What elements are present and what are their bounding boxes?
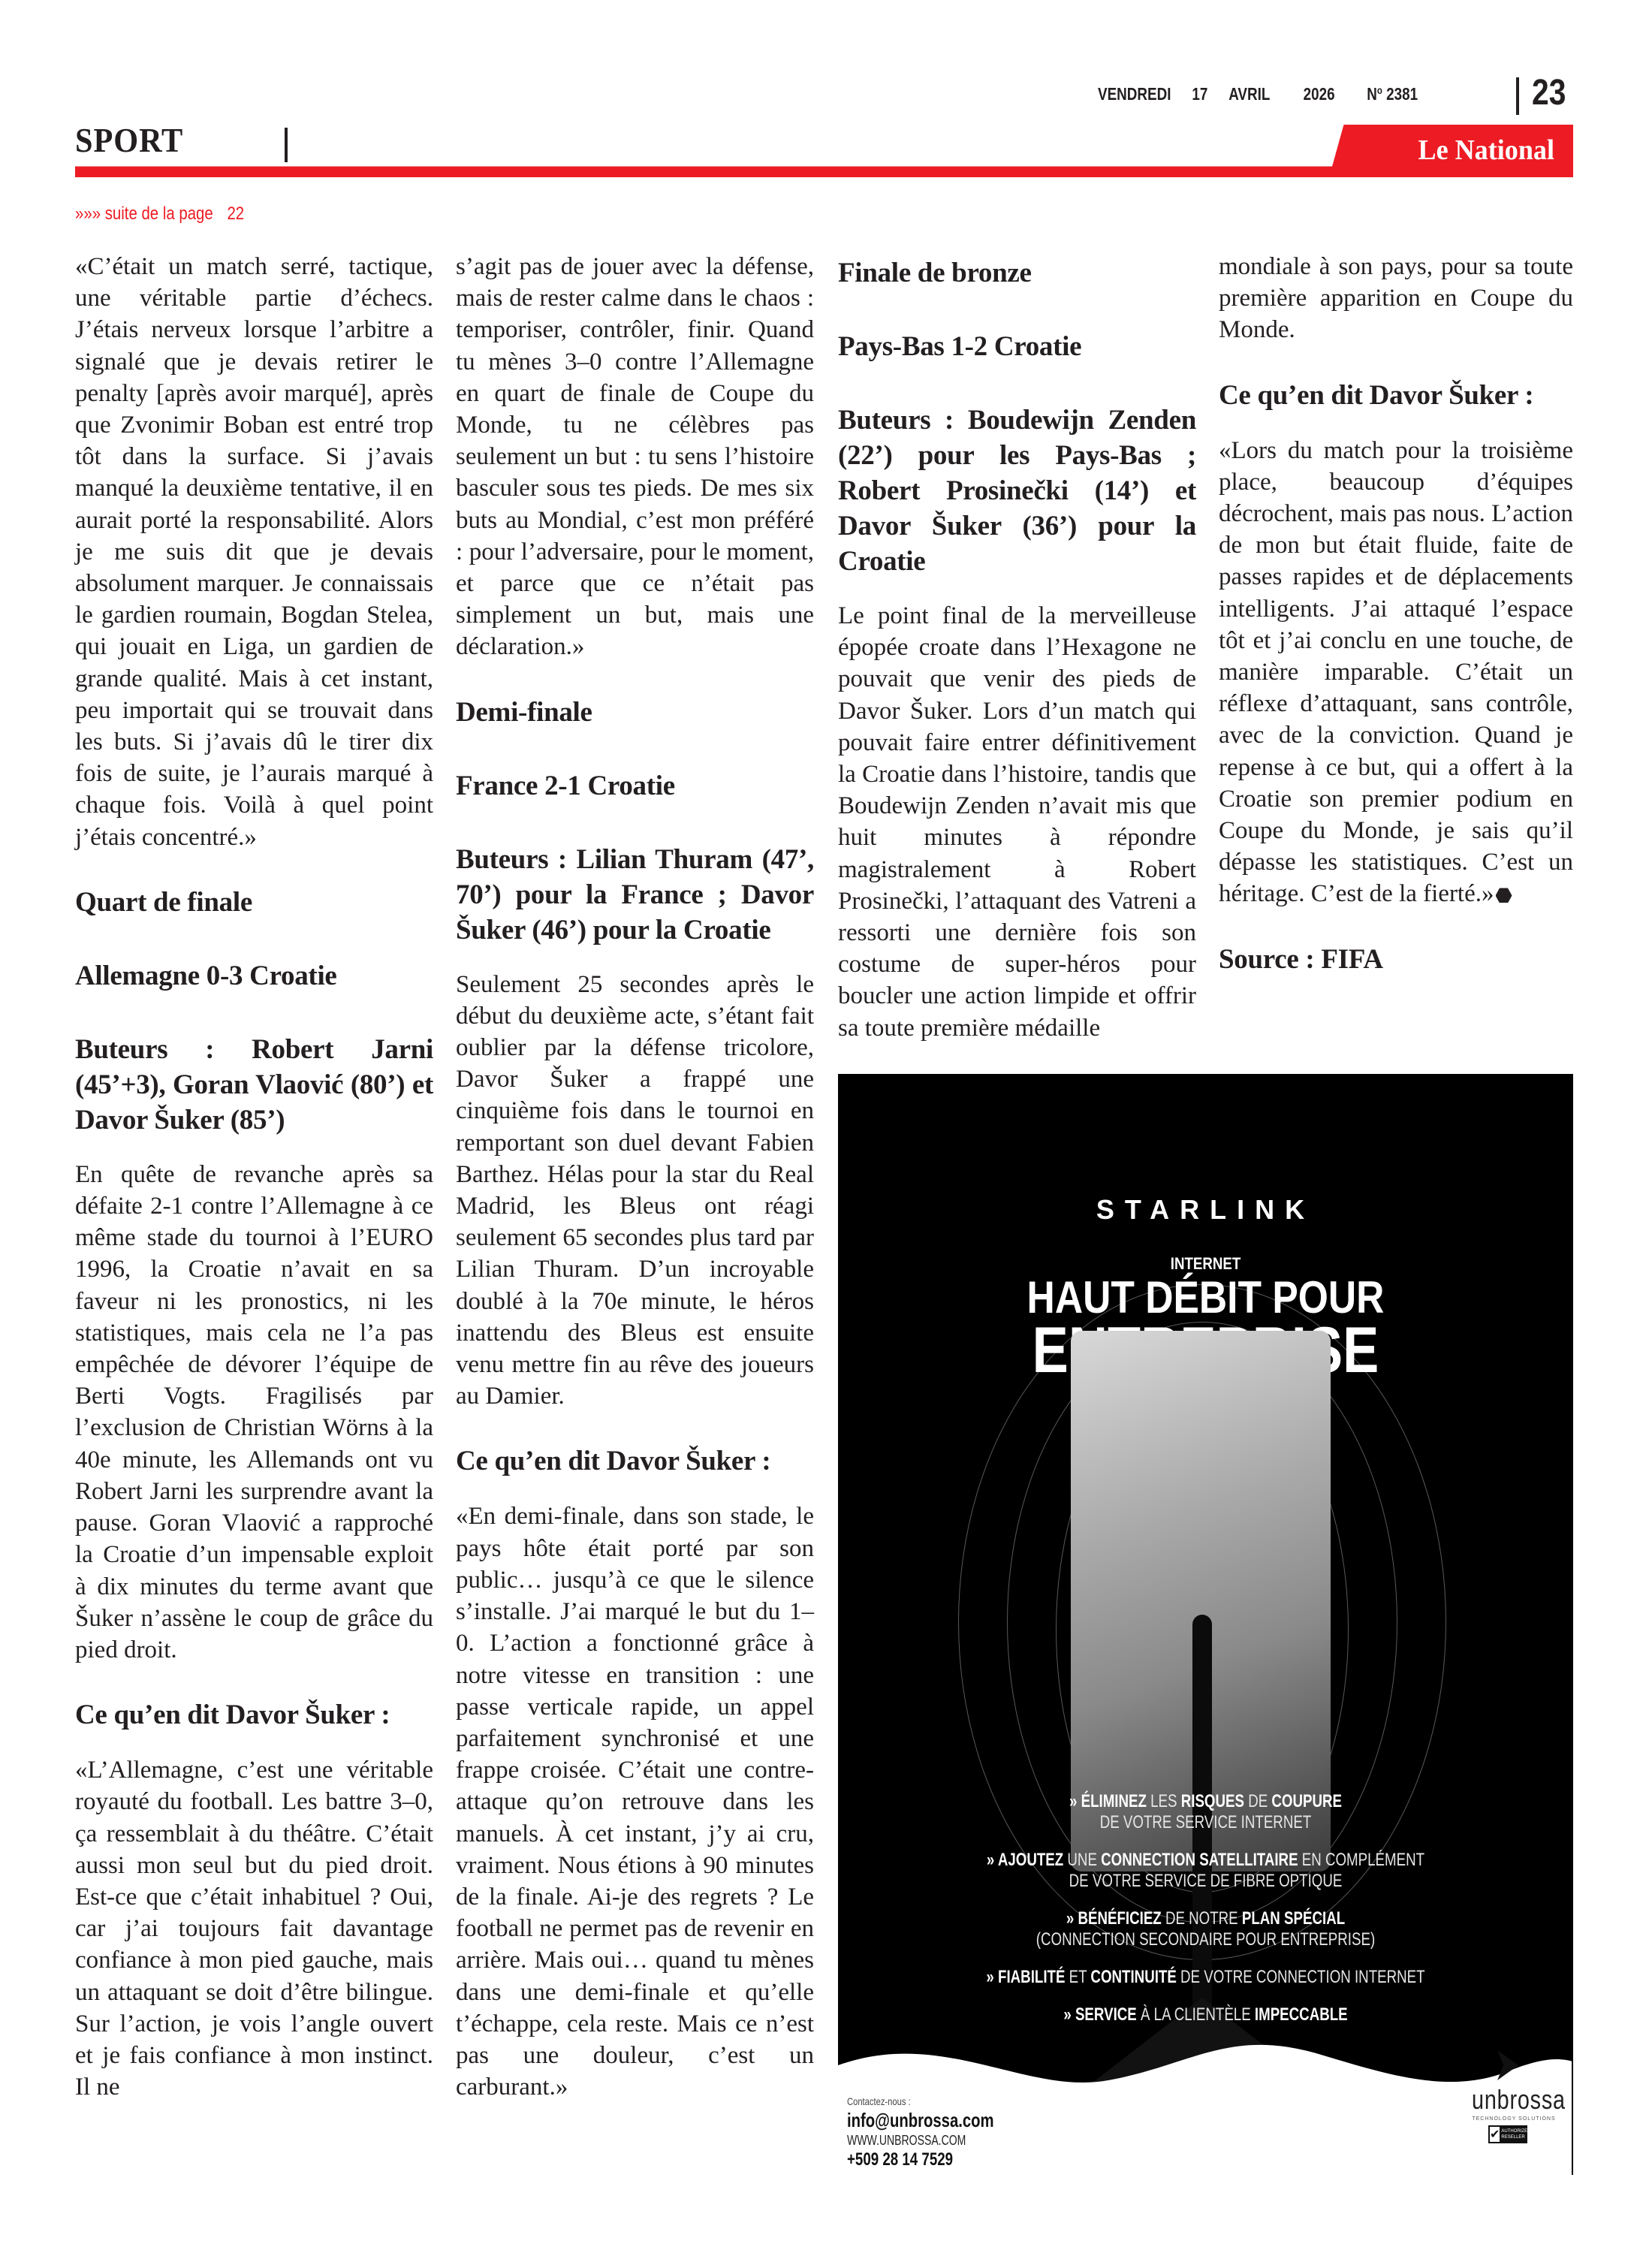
- match-report-paragraph: Seulement 25 secondes après le début du …: [456, 969, 814, 1413]
- dateline: VENDREDI 17 AVRIL 2026 No 2381: [1098, 84, 1418, 114]
- authorized-reseller-badge: ✔ AUTHORIZED RESELLER: [1488, 2125, 1527, 2143]
- column-3: Finale de bronze Pays-Bas 1-2 Croatie Bu…: [838, 255, 1196, 1044]
- section-title: SPORT: [75, 122, 183, 159]
- page-number: 23: [1532, 72, 1566, 114]
- continued-from[interactable]: »»» suite de la page22: [75, 203, 244, 225]
- match-report-paragraph: En quête de revanche après sa défaite 2-…: [75, 1159, 433, 1666]
- section-divider: [285, 128, 288, 162]
- match-heading: France 2-1 Croatie: [456, 768, 814, 804]
- column-1: «C’était un match serré, tactique, une v…: [75, 251, 433, 2103]
- ad-brand: STARLINK: [838, 1194, 1573, 1226]
- ad-feature-item: » SERVICE À LA CLIENTÈLE IMPECCABLE: [919, 2004, 1493, 2025]
- quote-heading: Ce qu’en dit Davor Šuker :: [75, 1697, 433, 1733]
- round-heading: Finale de bronze: [838, 255, 1196, 291]
- advertiser-tagline: TECHNOLOGY SOLUTIONS: [1461, 2116, 1566, 2122]
- year: 2026: [1304, 84, 1335, 104]
- advertiser-logo: unbrossa: [1472, 2084, 1556, 2116]
- quote-paragraph: «L’Allemagne, c’est une véritable royaut…: [75, 1754, 433, 2103]
- day: 17: [1192, 84, 1207, 104]
- checkmark-icon: ✔: [1490, 2127, 1500, 2142]
- hexagon-end-mark-icon: [1496, 888, 1512, 903]
- ad-feature-item: » FIABILITÉ ET CONTINUITÉ DE VOTRE CONNE…: [919, 1967, 1493, 1988]
- column-2: s’agit pas de jouer avec la défense, mai…: [456, 251, 814, 2103]
- scorers-heading: Buteurs : Boudewijn Zenden (22’) pour le…: [838, 403, 1196, 579]
- quote-paragraph: s’agit pas de jouer avec la défense, mai…: [456, 251, 814, 663]
- match-heading: Allemagne 0-3 Croatie: [75, 958, 433, 994]
- ad-phone[interactable]: +509 28 14 7529: [847, 2149, 953, 2170]
- quote-paragraph: «Lors du match pour la troisième place, …: [1219, 435, 1573, 910]
- column-4: mondiale à son pays, pour sa toute premi…: [1219, 251, 1573, 978]
- ad-feature-item: » BÉNÉFICIEZ DE NOTRE PLAN SPÉCIAL (CONN…: [919, 1908, 1493, 1950]
- continued-page: 22: [227, 204, 244, 224]
- match-report-paragraph: mondiale à son pays, pour sa toute premi…: [1219, 251, 1573, 346]
- ad-right-border: [1572, 1074, 1573, 2175]
- month: AVRIL: [1228, 84, 1270, 104]
- page-number-divider: [1516, 77, 1519, 115]
- publication-name[interactable]: Le National: [1383, 134, 1554, 167]
- ad-feature-list: » ÉLIMINEZ LES RISQUES DE COUPURE DE VOT…: [838, 1791, 1573, 2042]
- source-credit: Source : FIFA: [1219, 942, 1573, 978]
- ad-contact-label: Contactez-nous :: [847, 2095, 911, 2107]
- round-heading: Quart de finale: [75, 885, 433, 921]
- ad-email-link[interactable]: info@unbrossa.com: [847, 2109, 994, 2132]
- ad-feature-item: » AJOUTEZ UNE CONNECTION SATELLITAIRE EN…: [919, 1850, 1493, 1892]
- match-report-paragraph: Le point final de la merveilleuse épopée…: [838, 600, 1196, 1044]
- round-heading: Demi-finale: [456, 695, 814, 731]
- quote-paragraph: «En demi-finale, dans son stade, le pays…: [456, 1500, 814, 2103]
- weekday: VENDREDI: [1098, 84, 1171, 104]
- quote-paragraph: «C’était un match serré, tactique, une v…: [75, 251, 433, 853]
- scorers-heading: Buteurs : Robert Jarni (45’+3), Goran Vl…: [75, 1032, 433, 1138]
- scorers-heading: Buteurs : Lilian Thuram (47’, 70’) pour …: [456, 842, 814, 948]
- match-heading: Pays-Bas 1-2 Croatie: [838, 329, 1196, 365]
- quote-heading: Ce qu’en dit Davor Šuker :: [456, 1443, 814, 1479]
- ad-website-link[interactable]: WWW.UNBROSSA.COM: [847, 2133, 966, 2149]
- starlink-advertisement[interactable]: STARLINK INTERNET HAUT DÉBIT POUR ENTREP…: [838, 1074, 1573, 2175]
- quote-heading: Ce qu’en dit Davor Šuker :: [1219, 378, 1573, 414]
- issue-number: No 2381: [1367, 84, 1418, 104]
- ad-kicker: INTERNET: [893, 1254, 1518, 1274]
- ad-feature-item: » ÉLIMINEZ LES RISQUES DE COUPURE DE VOT…: [919, 1791, 1493, 1833]
